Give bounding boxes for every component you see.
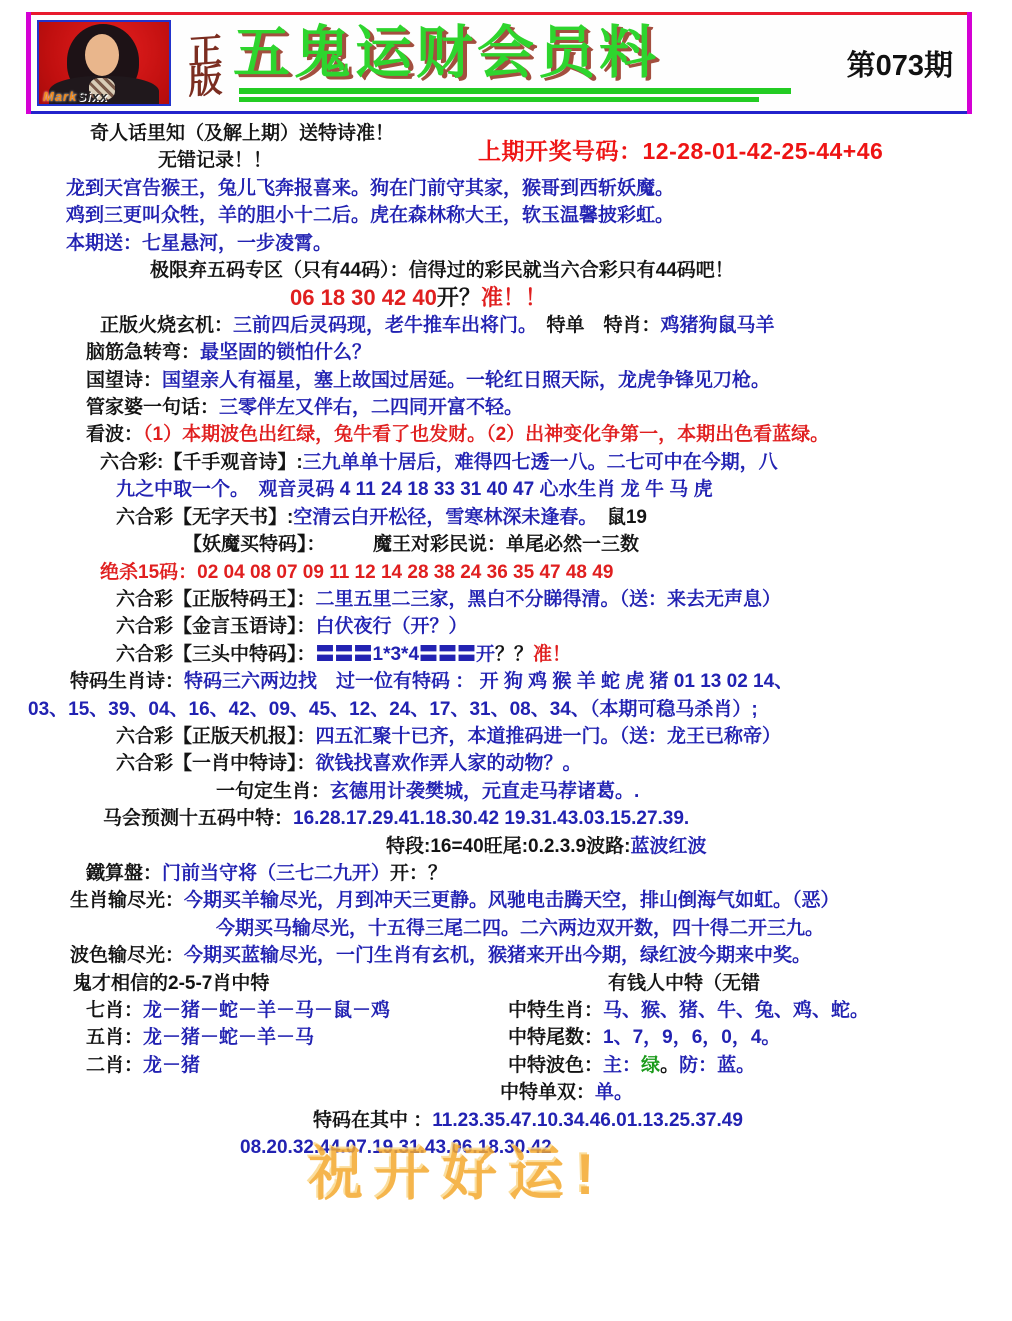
text-segment: 三九单单十居后，难得四七透一八。二七可中在今期，八 [303, 452, 778, 473]
text-segment: 龙－猪 [143, 1052, 508, 1079]
special-king-line: 六合彩【正版特码王】：二里五里二三家，黑白不分睇得清。（送：来去无声息） [28, 586, 988, 613]
text-segment: 三前四后灵码现，老牛推车出将门。 [233, 315, 528, 336]
text-segment: 奇人话里知（及解上期）送特诗准！ [90, 123, 394, 144]
text-segment: 绝杀15码：02 04 08 07 09 11 12 14 28 38 24 3… [100, 562, 613, 583]
text-segment: 鸡猪狗鼠马羊 [661, 315, 775, 336]
text-segment: 鼠19 [588, 507, 647, 528]
text-segment: 绿 [641, 1055, 660, 1076]
text-segment: 九之中取一个。 观音灵码 4 11 24 18 33 31 40 47 心水生肖… [116, 479, 713, 500]
text-segment: 龙－猪－蛇－羊－马－鼠－鸡 [143, 997, 508, 1024]
wave-exhaust-line: 波色输尽光：今期买蓝输尽光，一门生肖有玄机，猴猪来开出今期，绿红波今期来中奖。 [28, 942, 988, 969]
intro-line: 奇人话里知（及解上期）送特诗准！ [28, 120, 988, 147]
header: MarkSixx 正版 五鬼运财会员料 第073期 [26, 12, 972, 114]
text-segment: 中特波色： [508, 1055, 603, 1076]
text-segment: 门前当守将（三七二九开） [162, 863, 390, 884]
text-segment: 1、7，9，6，0，4。 [603, 1027, 780, 1048]
page: MarkSixx 正版 五鬼运财会员料 第073期 上期开奖号码：12-28-0… [0, 0, 1012, 1321]
title-block: 五鬼运财会员料 [233, 24, 791, 102]
title-underline-2 [239, 97, 759, 102]
text-segment: 准！ [533, 644, 571, 665]
text-segment: 。 [660, 1055, 679, 1076]
guanyin-poem-line-2: 九之中取一个。 观音灵码 4 11 24 18 33 31 40 47 心水生肖… [28, 476, 988, 503]
special-segment-line: 特段:16=40旺尾:0.2.3.9波路:蓝波红波 [28, 833, 988, 860]
text-segment: 极限弃五码专区（只有44码）：信得过的彩民就当六合彩只有44码吧！ [150, 260, 734, 281]
text-segment: 最坚固的锁怕什么？ [200, 342, 371, 363]
text-segment: 无错记录！！ [158, 150, 272, 171]
page-title: 五鬼运财会员料 [233, 24, 660, 84]
text-segment: 六合彩【正版天机报】： [116, 726, 316, 747]
text-segment: 有钱人中特（无错 [608, 973, 760, 994]
text-segment: 二肖： [86, 1055, 143, 1076]
text-segment: 一句定生肖： [216, 781, 330, 802]
text-segment: 看波： [86, 424, 143, 445]
text-segment: 空清云白开松径，雪寒林深未逢春。 [293, 507, 588, 528]
one-sentence-zodiac-line: 一句定生肖：玄德用计袭樊城，元直走马荐诸葛。. [28, 778, 988, 805]
text-segment: 今期买蓝输尽光，一门生肖有玄机，猴猪来开出今期，绿红波今期来中奖。 [184, 945, 811, 966]
text-segment: 准！！ [481, 285, 547, 310]
text-segment: 单。 [595, 1082, 633, 1103]
text-segment: 马会预测十五码中特： [103, 808, 293, 829]
text-segment: 开？ [437, 285, 481, 310]
text-segment: 中特尾数： [508, 1027, 603, 1048]
text-segment: 【妖魔买特码】： 魔王对彩民说：单尾必然一三数 [183, 534, 639, 555]
photo-caption-six: Sixx [77, 89, 108, 104]
heaven-report-line: 六合彩【正版天机报】：四五汇聚十已齐，本道推码进一门。（送：龙王已称帝） [28, 723, 988, 750]
text-segment: 龙－猪－蛇－羊－马 [143, 1024, 508, 1051]
text-segment: 开 [476, 644, 495, 665]
text-segment: 国望诗： [86, 370, 162, 391]
text-segment: 龙到天宫告猴王，兔儿飞奔报喜来。狗在门前守其家，猴哥到西斩妖魔。 [66, 178, 674, 199]
housekeeper-line: 管家婆一句话：三零伴左又伴右，二四同开富不轻。 [28, 394, 988, 421]
text-segment: 六合彩【三头中特码】： [116, 644, 316, 665]
text-segment: 16.28.17.29.41.18.30.42 19.31.43.03.15.2… [293, 808, 689, 829]
one-zodiac-line: 六合彩【一肖中特诗】：欲钱找喜欢作弄人家的动物？。 [28, 750, 988, 777]
poem-line-1: 龙到天宫告猴王，兔儿飞奔报喜来。狗在门前守其家，猴哥到西斩妖魔。 [28, 175, 988, 202]
text-segment: 脑筋急转弯： [86, 342, 200, 363]
photo-face-shape [85, 34, 119, 76]
poem-line-3: 本期送：七星悬河，一步凌霄。 [28, 230, 988, 257]
poem-line-2: 鸡到三更叫众牲，羊的胆小十二后。虎在森林称大王，软玉温馨披彩虹。 [28, 202, 988, 229]
body-lines: 奇人话里知（及解上期）送特诗准！无错记录！！龙到天宫告猴王，兔儿飞奔报喜来。狗在… [28, 120, 988, 1161]
text-segment: 06 18 30 42 40 [290, 285, 437, 310]
text-segment: 今期买羊输尽光，月到冲天三更静。风驰电击腾天空，排山倒海气如虹。（恶） [184, 890, 840, 911]
text-segment: 特段:16=40旺尾:0.2.3.9波路: [386, 836, 630, 857]
text-segment: 生肖输尽光： [70, 890, 184, 911]
riddle-line: 脑筋急转弯：最坚固的锁怕什么？ [28, 339, 988, 366]
zodiac-poem-line-2: 03、15、39、04、16、42、09、45、12、24、17、31、08、3… [28, 696, 988, 723]
tipster-photo: MarkSixx [37, 20, 171, 106]
text-segment: 特码三六两边找 过一位有特码 ： 开 狗 鸡 猴 羊 蛇 虎 猪 01 13 0… [184, 671, 793, 692]
text-segment: 中特生肖： [508, 1000, 603, 1021]
text-segment: 蓝波红波 [630, 836, 706, 857]
text-segment: 蓝。 [717, 1055, 755, 1076]
text-segment: 开：？ [390, 863, 447, 884]
title-underline-1 [239, 88, 791, 94]
record-line: 无错记录！！ [28, 147, 988, 174]
three-heads-line: 六合彩【三头中特码】：〓〓〓1*3*4〓〓〓开？？准！ [28, 641, 988, 668]
text-segment: 03、15、39、04、16、42、09、45、12、24、17、31、08、3… [28, 699, 758, 720]
photo-caption: MarkSixx [43, 89, 108, 104]
kill-15-codes-line: 绝杀15码：02 04 08 07 09 11 12 14 28 38 24 3… [28, 559, 988, 586]
text-segment: 六合彩【无字天书】: [116, 507, 293, 528]
demon-special-line: 【妖魔买特码】： 魔王对彩民说：单尾必然一三数 [28, 531, 988, 558]
text-segment: 国望亲人有福星，塞上故国过居延。一轮红日照天际，龙虎争锋见刀枪。 [162, 370, 770, 391]
text-segment: 六合彩:【千手观音诗】: [100, 452, 303, 473]
text-segment: 白伏夜行（开？） [316, 616, 468, 637]
wordless-book-line: 六合彩【无字天书】:空清云白开松径，雪寒林深未逢春。 鼠19 [28, 504, 988, 531]
golden-words-line: 六合彩【金言玉语诗】：白伏夜行（开？） [28, 613, 988, 640]
two-column-heading: 鬼才相信的2-5-7肖中特有钱人中特（无错 [28, 970, 988, 997]
five-zodiac-line: 五肖：龙－猪－蛇－羊－马中特尾数：1、7，9，6，0，4。 [28, 1024, 988, 1051]
zodiac-exhaust-line-2: 今期买马输尽光，十五得三尾二四。二六两边双开数，四十得二开三九。 [28, 915, 988, 942]
text-segment: 二里五里二三家，黑白不分睇得清。（送：来去无声息） [316, 589, 782, 610]
wave-tip-line: 看波：（1）本期波色出红绿，兔牛看了也发财。（2）出神变化争第一，本期出色看蓝绿… [28, 421, 988, 448]
limit-zone-line: 极限弃五码专区（只有44码）：信得过的彩民就当六合彩只有44码吧！ [28, 257, 988, 284]
jockey-club-line: 马会预测十五码中特：16.28.17.29.41.18.30.42 19.31.… [28, 805, 988, 832]
text-segment: 欲钱找喜欢作弄人家的动物？。 [316, 753, 582, 774]
text-segment: 本期送：七星悬河，一步凌霄。 [66, 233, 332, 254]
odd-even-line: 中特单双：单。 [28, 1079, 988, 1106]
text-segment: 六合彩【正版特码王】： [116, 589, 316, 610]
fire-mystery-line: 正版火烧玄机：三前四后灵码现，老牛推车出将门。 特单 特肖：鸡猪狗鼠马羊 [28, 312, 988, 339]
issue-number: 第073期 [847, 43, 953, 84]
seven-zodiac-line: 七肖：龙－猪－蛇－羊－马－鼠－鸡中特生肖：马、猴、猪、牛、兔、鸡、蛇。 [28, 997, 988, 1024]
text-segment: 管家婆一句话： [86, 397, 219, 418]
text-segment: 特单 特肖： [528, 315, 661, 336]
text-segment: 鐵算盤： [86, 863, 162, 884]
text-segment: 特码生肖诗： [70, 671, 184, 692]
text-segment: 防： [679, 1055, 717, 1076]
text-segment: 波色输尽光： [70, 945, 184, 966]
two-zodiac-line: 二肖：龙－猪中特波色：主：绿。防：蓝。 [28, 1052, 988, 1079]
edition-label: 正版 [185, 32, 219, 94]
text-segment: 鸡到三更叫众牲，羊的胆小十二后。虎在森林称大王，软玉温馨披彩虹。 [66, 205, 674, 226]
text-segment: ？？ [495, 644, 533, 665]
text-segment: 中特单双： [500, 1082, 595, 1103]
text-segment: 马、猴、猪、牛、兔、鸡、蛇。 [603, 1000, 869, 1021]
good-luck-watermark: 祝开好运! [308, 1128, 606, 1211]
text-segment: 六合彩【金言玉语诗】： [116, 616, 316, 637]
text-segment: 今期买马输尽光，十五得三尾二四。二六两边双开数，四十得二开三九。 [216, 918, 824, 939]
guanyin-poem-line-1: 六合彩:【千手观音诗】:三九单单十居后，难得四七透一八。二七可中在今期，八 [28, 449, 988, 476]
zodiac-exhaust-line-1: 生肖输尽光：今期买羊输尽光，月到冲天三更静。风驰电击腾天空，排山倒海气如虹。（恶… [28, 887, 988, 914]
text-segment: 鬼才相信的2-5-7肖中特 [73, 970, 608, 997]
text-segment: 四五汇聚十已齐，本道推码进一门。（送：龙王已称帝） [316, 726, 782, 747]
text-segment: 五肖： [86, 1027, 143, 1048]
text-segment: 三零伴左又伴右，二四同开富不轻。 [219, 397, 523, 418]
text-segment: 玄德用计袭樊城，元直走马荐诸葛。. [330, 781, 639, 802]
limit-numbers-line: 06 18 30 42 40开？准！！ [28, 284, 988, 311]
text-segment: 正版火烧玄机： [100, 315, 233, 336]
iron-abacus-line: 鐵算盤：门前当守将（三七二九开）开：？ [28, 860, 988, 887]
guowang-poem-line: 国望诗：国望亲人有福星，塞上故国过居延。一轮红日照天际，龙虎争锋见刀枪。 [28, 367, 988, 394]
header-inner: MarkSixx 正版 五鬼运财会员料 第073期 [31, 12, 967, 114]
text-segment: 七肖： [86, 1000, 143, 1021]
text-segment: 六合彩【一肖中特诗】： [116, 753, 316, 774]
text-segment: 〓〓〓1*3*4〓〓〓 [316, 644, 477, 665]
photo-caption-mark: Mark [43, 89, 77, 104]
zodiac-poem-line-1: 特码生肖诗：特码三六两边找 过一位有特码 ： 开 狗 鸡 猴 羊 蛇 虎 猪 0… [28, 668, 988, 695]
text-segment: 主： [603, 1055, 641, 1076]
text-segment: （1）本期波色出红绿，兔牛看了也发财。（2）出神变化争第一，本期出色看蓝绿。 [143, 424, 829, 445]
